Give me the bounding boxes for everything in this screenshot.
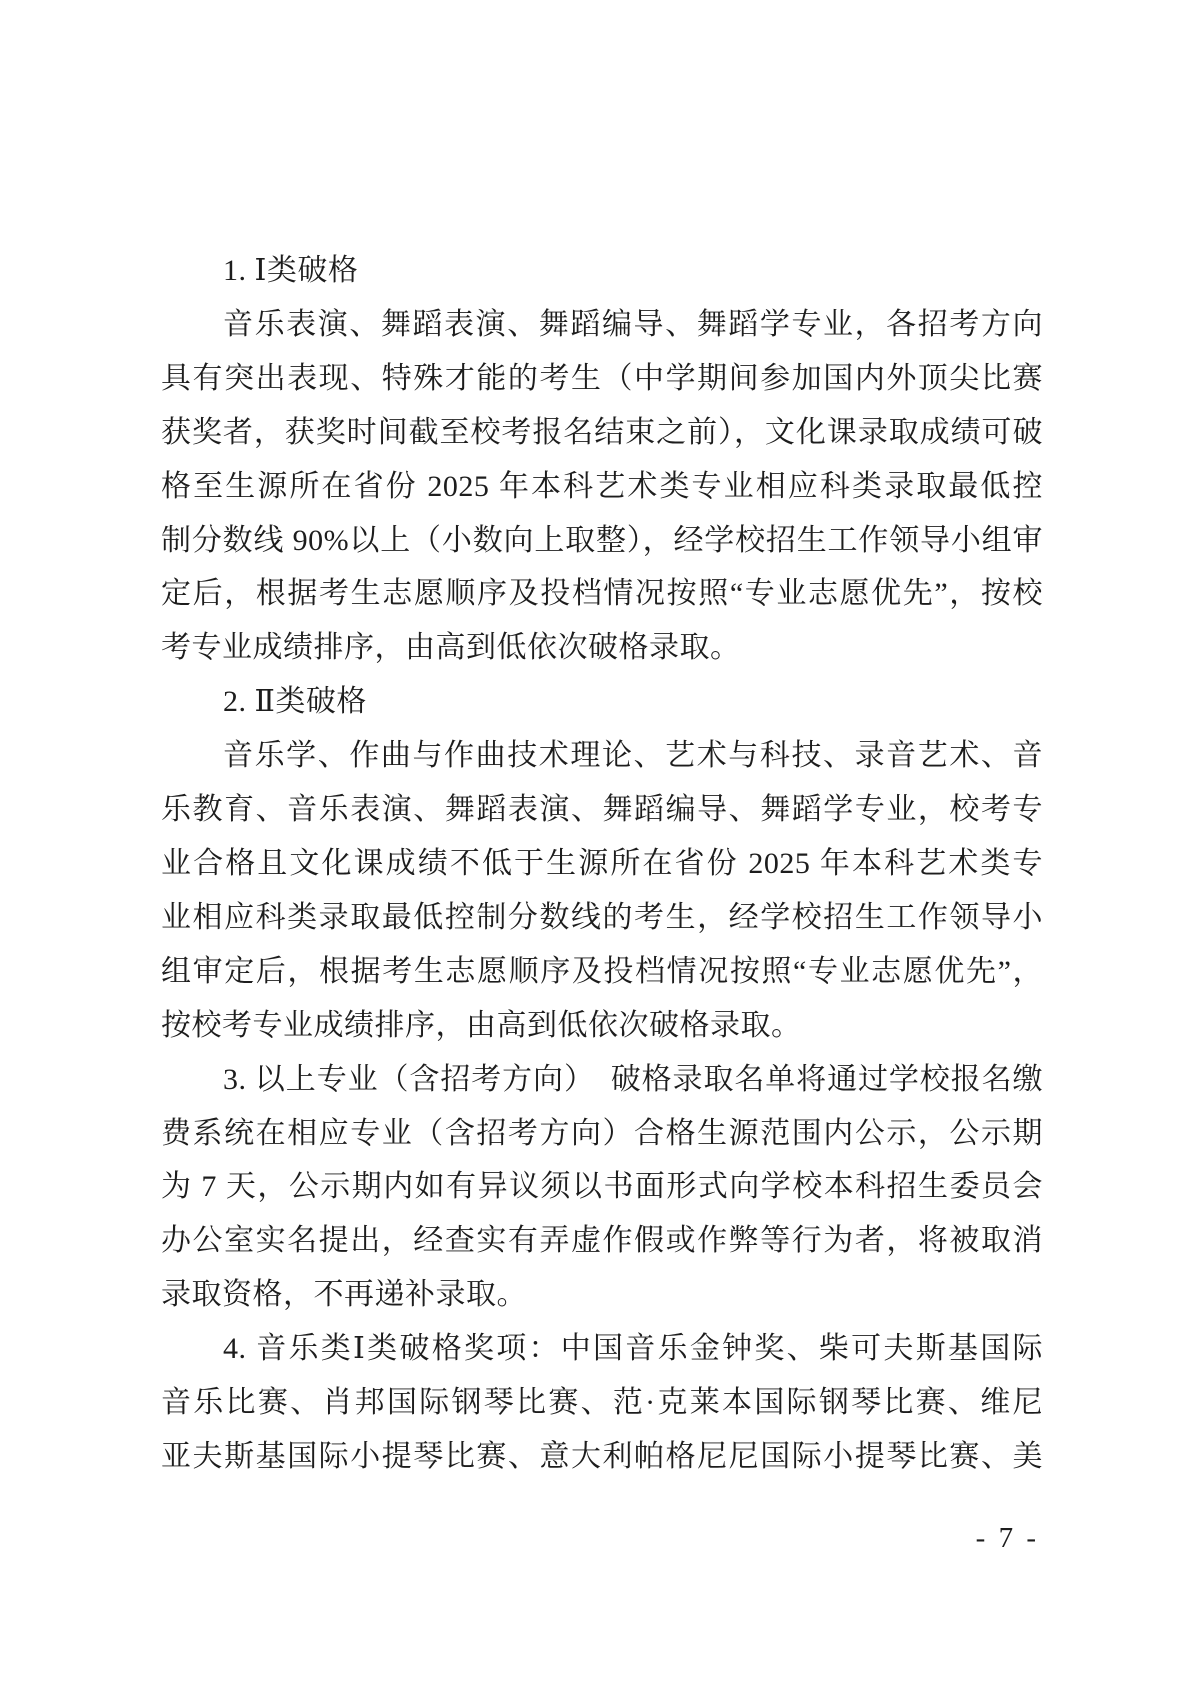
text-line: 乐教育、音乐表演、舞蹈表演、舞蹈编导、舞蹈学专业，校考专	[161, 783, 1043, 837]
text-line: 组审定后，根据考生志愿顺序及投档情况按照“专业志愿优先”，	[161, 945, 1043, 999]
text-line: 考专业成绩排序，由高到低依次破格录取。	[161, 621, 1043, 675]
heading-line: 1. Ⅰ类破格	[161, 244, 1043, 298]
text-line: 4. 音乐类Ⅰ类破格奖项：中国音乐金钟奖、柴可夫斯基国际	[161, 1322, 1043, 1376]
text-line: 定后，根据考生志愿顺序及投档情况按照“专业志愿优先”，按校	[161, 567, 1043, 621]
document-page: 1. Ⅰ类破格 音乐表演、舞蹈表演、舞蹈编导、舞蹈学专业，各招考方向 具有突出表…	[0, 0, 1191, 1684]
text-line: 录取资格，不再递补录取。	[161, 1268, 1043, 1322]
text-line: 业合格且文化课成绩不低于生源所在省份 2025 年本科艺术类专	[161, 837, 1043, 891]
text-line: 制分数线 90%以上（小数向上取整），经学校招生工作领导小组审	[161, 514, 1043, 568]
text-line: 音乐学、作曲与作曲技术理论、艺术与科技、录音艺术、音	[161, 729, 1043, 783]
heading-line: 2. Ⅱ类破格	[161, 675, 1043, 729]
text-line: 业相应科类录取最低控制分数线的考生，经学校招生工作领导小	[161, 891, 1043, 945]
text-line: 音乐表演、舞蹈表演、舞蹈编导、舞蹈学专业，各招考方向	[161, 298, 1043, 352]
document-body: 1. Ⅰ类破格 音乐表演、舞蹈表演、舞蹈编导、舞蹈学专业，各招考方向 具有突出表…	[161, 244, 1043, 1484]
text-line: 格至生源所在省份 2025 年本科艺术类专业相应科类录取最低控	[161, 460, 1043, 514]
text-line: 具有突出表现、特殊才能的考生（中学期间参加国内外顶尖比赛	[161, 352, 1043, 406]
text-line: 办公室实名提出，经查实有弄虚作假或作弊等行为者，将被取消	[161, 1214, 1043, 1268]
text-line: 为 7 天，公示期内如有异议须以书面形式向学校本科招生委员会	[161, 1160, 1043, 1214]
text-line: 费系统在相应专业（含招考方向）合格生源范围内公示，公示期	[161, 1107, 1043, 1161]
text-line: 3. 以上专业（含招考方向） 破格录取名单将通过学校报名缴	[161, 1053, 1043, 1107]
text-line: 按校考专业成绩排序，由高到低依次破格录取。	[161, 999, 1043, 1053]
page-number: - 7 -	[976, 1522, 1039, 1555]
text-line: 亚夫斯基国际小提琴比赛、意大利帕格尼尼国际小提琴比赛、美	[161, 1430, 1043, 1484]
text-line: 音乐比赛、肖邦国际钢琴比赛、范·克莱本国际钢琴比赛、维尼	[161, 1376, 1043, 1430]
text-line: 获奖者，获奖时间截至校考报名结束之前），文化课录取成绩可破	[161, 406, 1043, 460]
